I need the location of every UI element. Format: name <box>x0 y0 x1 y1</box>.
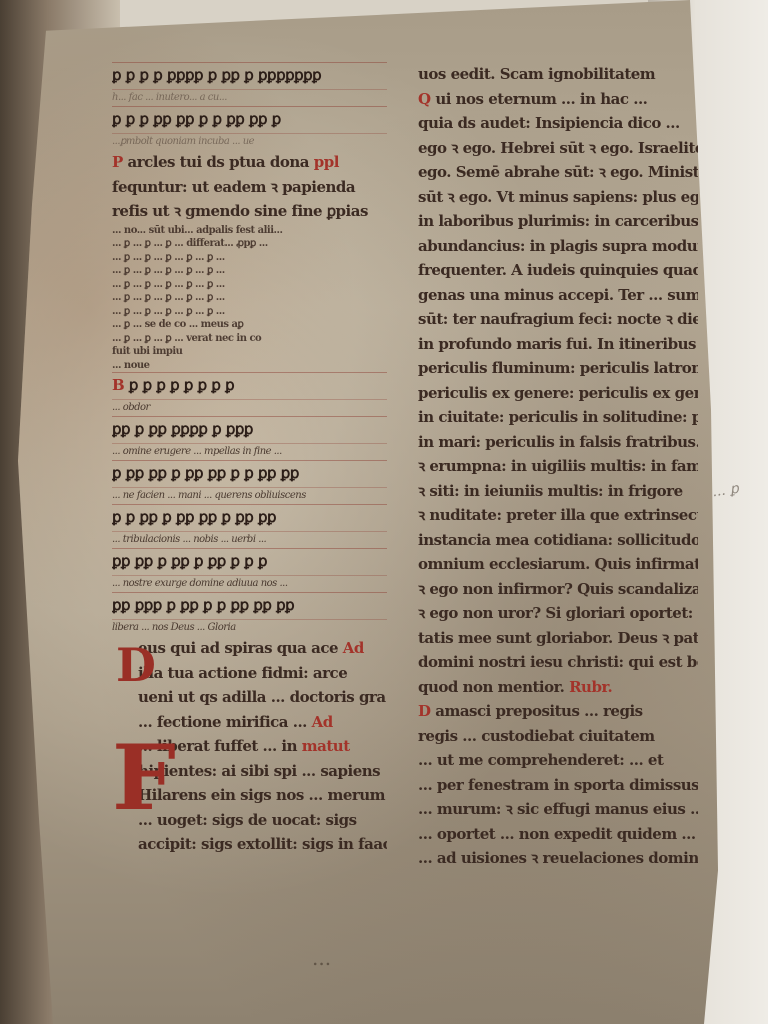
text-line: ꝛ nuditate: preter illa que extrinsecus … <box>418 503 698 528</box>
line-text: eus qui ad spiras qua ace <box>138 639 338 657</box>
red-initial-f: F <box>112 728 176 828</box>
catchword: ... <box>312 946 331 970</box>
small-text-line: ... ꝑ ... ꝑ ... ꝑ ... ꝑ ... ꝑ ... <box>112 291 387 305</box>
music-staff: ꝑ ꝑꝑ ꝑꝑ ꝑ ꝑꝑ ꝑꝑ ꝑ ꝑ ꝑꝑ ꝑꝑ <box>112 460 387 488</box>
text-line: instancia mea cotidiana: sollicitudo <box>418 528 698 553</box>
text-line: D amasci prepositus ... regis <box>418 699 698 724</box>
music-staff: ꝑ ꝑ ꝑ ꝑ ꝑꝑꝑꝑ ꝑ ꝑꝑ ꝑ ꝑꝑꝑꝑꝑꝑꝑ <box>112 62 387 90</box>
rubric: Ad <box>312 713 333 731</box>
text-line: sūt ꝛ ego. Vt minus sapiens: plus ego <box>418 185 698 210</box>
music-staff: ꝑꝑ ꝑꝑꝑ ꝑ ꝑꝑ ꝑ ꝑ ꝑꝑ ꝑꝑ ꝑꝑ <box>112 592 387 620</box>
music-lyric: ... ne facien ... mani ... querens obliu… <box>112 488 387 504</box>
text-line: ... ut me comprehenderet: ... et <box>418 748 698 773</box>
text-line: sūt: ter naufragium feci: nocte ꝛ die <box>418 307 698 332</box>
text-line: domini nostri iesu christi: qui est bene… <box>418 650 698 675</box>
music-staff: ꝑ ꝑ ꝑꝑ ꝑ ꝑꝑ ꝑꝑ ꝑ ꝑꝑ ꝑꝑ <box>112 504 387 532</box>
music-lyric: ... omine erugere ... mpellas in fine ..… <box>112 444 387 460</box>
small-text-line: ... ꝑ ... ꝑ ... ꝑ ... ꝑ ... ꝑ ... <box>112 278 387 292</box>
text-line: in ciuitate: periculis in solitudine: pe… <box>418 405 698 430</box>
text-line: omnium ecclesiarum. Quis infirmatur <box>418 552 698 577</box>
text-line: ... per fenestram in sporta dimissus sum <box>418 773 698 798</box>
text-line: refis ut ꝛ gmendo sine fine ꝑpias <box>112 199 387 224</box>
music-staff: ꝑꝑ ꝑ ꝑꝑ ꝑꝑꝑꝑ ꝑ ꝑꝑꝑ <box>112 416 387 444</box>
small-text-line: ... ꝑ ... ꝑ ... ꝑ ... ꝑ ... ꝑ ... <box>112 251 387 265</box>
music-lyric: ... nostre exurge domine adiuua nos ... <box>112 576 387 592</box>
text-line: in mari: periculis in falsis fratribus. … <box>418 430 698 455</box>
music-lyric: ... tribulacionis ... nobis ... uerbi ..… <box>112 532 387 548</box>
text-line: uos eedit. Scam ignobilitatem <box>418 62 698 87</box>
rubric: ppl <box>314 153 339 171</box>
text-line: quia ds audet: Insipiencia dico ... <box>418 111 698 136</box>
text-line: in profundo maris fui. In itineribus sep… <box>418 332 698 357</box>
text-line: ... ad uisiones ꝛ reuelaciones domini <box>418 846 698 871</box>
text-line: ... murum: ꝛ sic effugi manus eius ... <box>418 797 698 822</box>
small-text-line: ... ꝑ ... ꝑ ... ꝑ ... ꝑ ... ꝑ ... <box>112 264 387 278</box>
text-line: ego ꝛ ego. Hebrei sūt ꝛ ego. Israelite s… <box>418 136 698 161</box>
text-line: periculis fluminum: periculis latronum: <box>418 356 698 381</box>
text-line: ꝛ erumpna: in uigiliis multis: in fame <box>418 454 698 479</box>
small-text-line: ... ꝑ ... ꝑ ... ꝑ ... differat... ꝓpꝑ ..… <box>112 237 387 251</box>
text-line: periculis ex genere: periculis ex gentib… <box>418 381 698 406</box>
text-line: ueni ut qs adilla ... doctoris gra <box>138 685 387 710</box>
rubric: Rubr. <box>569 678 612 696</box>
right-column: uos eedit. Scam ignobilitatem Q ui nos e… <box>418 62 698 871</box>
rubric: matut <box>302 737 350 755</box>
text-line: ꝛ ego non uror? Si gloriari oportet: que… <box>418 601 698 626</box>
red-initial: P <box>112 153 123 171</box>
text-line: abundancius: in plagis supra modum. In m… <box>418 234 698 259</box>
music-lyric: ... obdor <box>112 400 387 416</box>
neumes: ꝑ ꝑ ꝑ ꝑ ꝑ ꝑ ꝑ ꝑ <box>129 376 234 394</box>
music-staff: ꝑ ꝑ ꝑ ꝑꝑ ꝑꝑ ꝑ ꝑ ꝑꝑ ꝑꝑ ꝑ <box>112 106 387 134</box>
text-line: frequenter. A iudeis quinquies quadra- <box>418 258 698 283</box>
rubric: Ad <box>343 639 364 657</box>
red-initial: B <box>112 376 124 394</box>
red-initial: Q <box>418 90 431 108</box>
small-text-line: ... no... sūt ubi... adpalis fest alii..… <box>112 224 387 238</box>
line-text: arcles tui ds ptua dona <box>128 153 309 171</box>
small-text-line: ... ꝑ ... ꝑ ... ꝑ ... verat nec in co <box>112 332 387 346</box>
text-line: eus qui ad spiras qua ace Ad <box>138 636 387 661</box>
text-line: in laboribus plurimis: in carceribus <box>418 209 698 234</box>
text-line: ꝛ siti: in ieiuniis multis: in frigore <box>418 479 698 504</box>
music-lyric: h... fac ... inutero... a cu... <box>112 90 387 106</box>
text-line: illa tua actione fidmi: arce <box>138 661 387 686</box>
small-text-line: ... ꝑ ... ꝑ ... ꝑ ... ꝑ ... ꝑ ... <box>112 305 387 319</box>
line-text: amasci prepositus ... regis <box>435 702 642 720</box>
small-text-line: fuit ubi impiu <box>112 345 387 359</box>
red-initial-d: D <box>116 640 156 690</box>
text-line: P arcles tui ds ptua dona ppl <box>112 150 387 175</box>
red-initial: D <box>418 702 431 720</box>
music-staff: B ꝑ ꝑ ꝑ ꝑ ꝑ ꝑ ꝑ ꝑ <box>112 372 387 400</box>
music-staff: ꝑꝑ ꝑꝑ ꝑ ꝑꝑ ꝑ ꝑꝑ ꝑ ꝑ ꝑ <box>112 548 387 576</box>
music-lyric: ...ꝑmbolt quoniam incuba ... ue <box>112 134 387 150</box>
text-line: ... oportet ... non expedit quidem ... <box>418 822 698 847</box>
text-line: tatis mee sunt gloriabor. Deus ꝛ pater <box>418 626 698 651</box>
text-line: fequntur: ut eadem ꝛ papienda <box>112 175 387 200</box>
text-line: ꝛ ego non infirmor? Quis scandalizatur <box>418 577 698 602</box>
text-line: Q ui nos eternum ... in hac ... <box>418 87 698 112</box>
text-line: accipit: sigs extollit: sigs in faac <box>138 832 387 857</box>
small-text-line: ... ꝑ ... se de co ... meus aꝑ <box>112 318 387 332</box>
small-text-line: ... noue <box>112 359 387 373</box>
line-text: ui nos eternum ... in hac ... <box>435 90 647 108</box>
text-line: ego. Semē abrahe sūt: ꝛ ego. Ministri <box>418 160 698 185</box>
line-text: quod non mentior. <box>418 678 564 696</box>
text-line: regis ... custodiebat ciuitatem <box>418 724 698 749</box>
music-lyric: libera ... nos Deus ... Gloria <box>112 620 387 636</box>
text-line: quod non mentior. Rubr. <box>418 675 698 700</box>
text-line: genas una minus accepi. Ter ... sum <box>418 283 698 308</box>
